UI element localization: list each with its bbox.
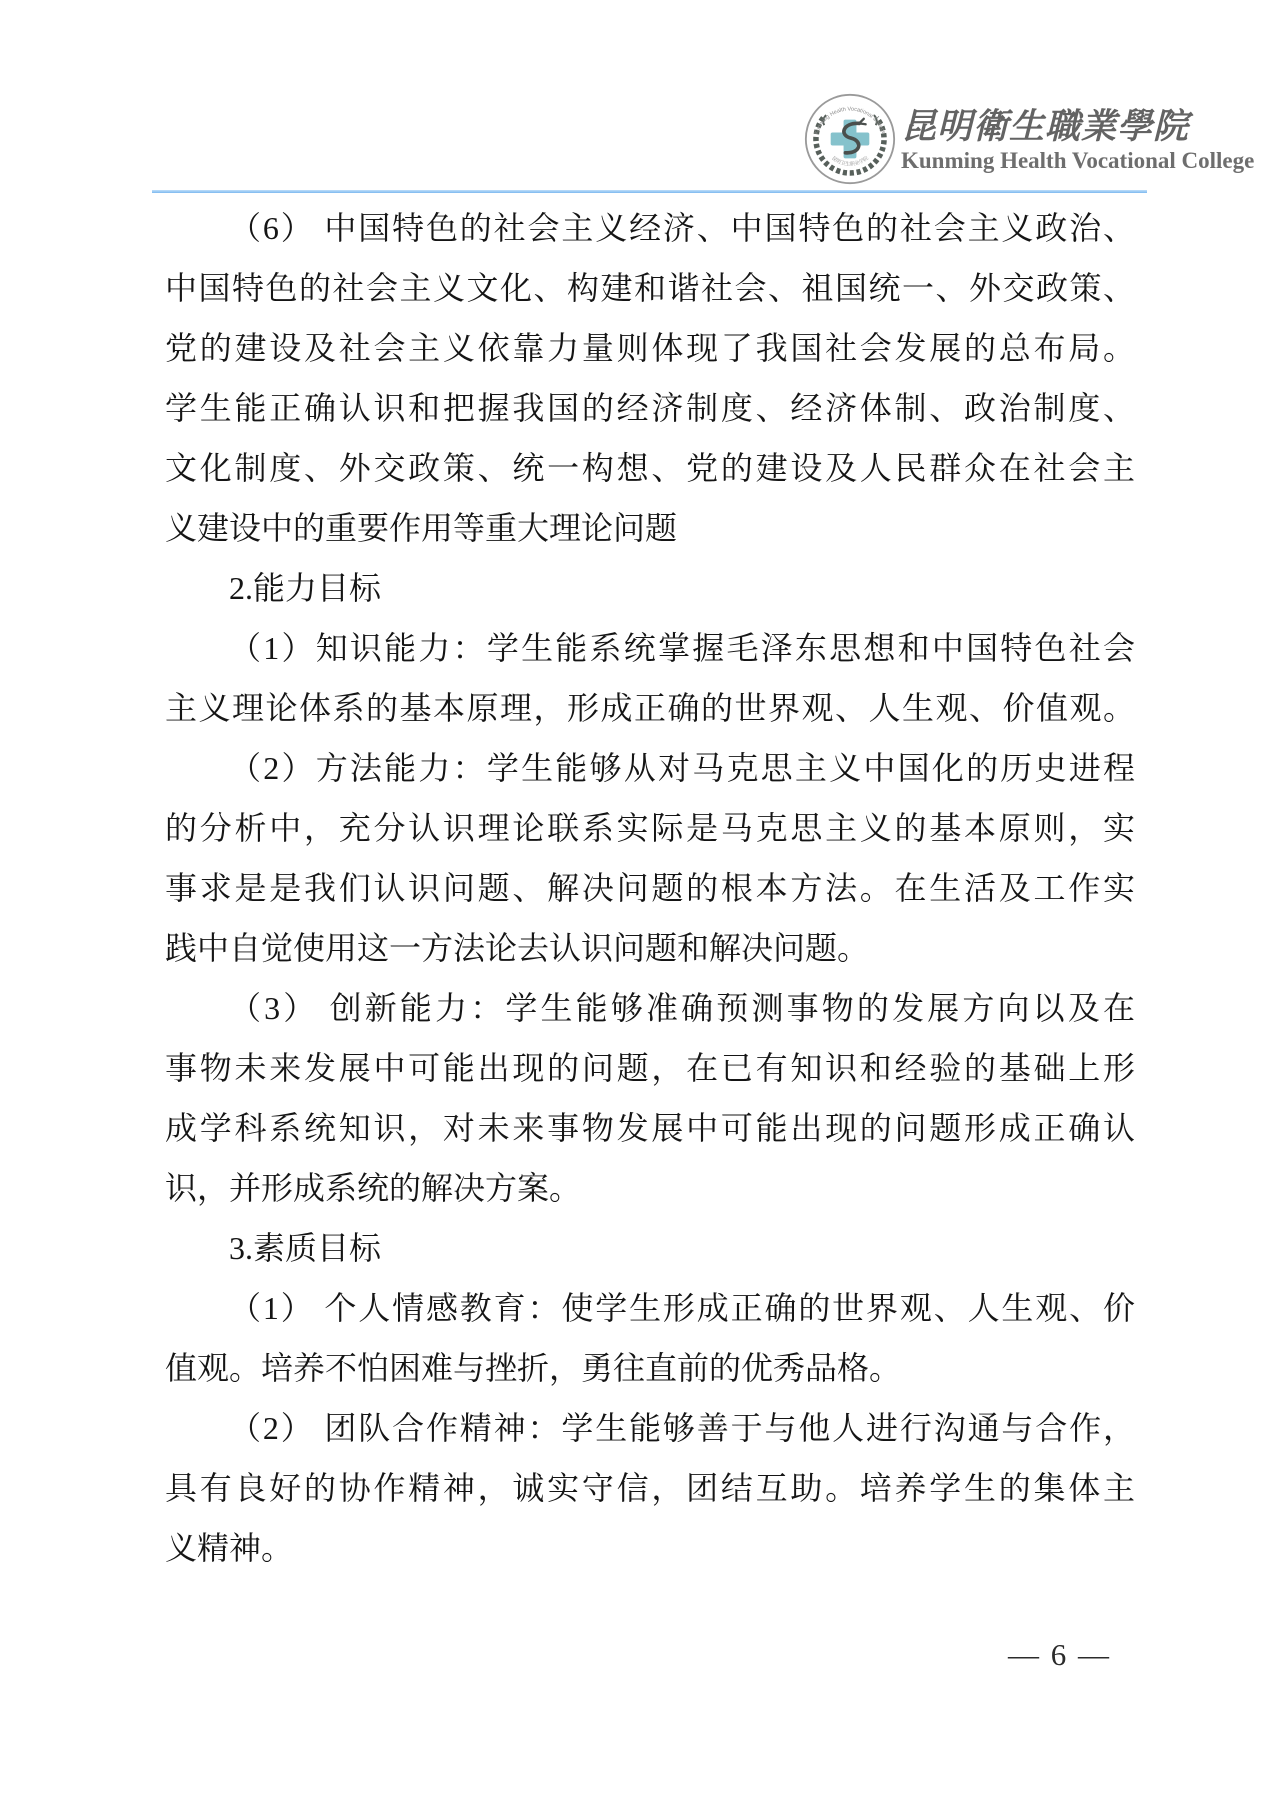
text-line: （2）方法能力：学生能够从对马克思主义中国化的历史进程 [165, 738, 1135, 798]
text-line: 具有良好的协作精神，诚实守信，团结互助。培养学生的集体主 [165, 1458, 1135, 1518]
section-heading-ability-goals: 2.能力目标 [165, 558, 1135, 618]
text-line: 学生能正确认识和把握我国的经济制度、经济体制、政治制度、 [165, 378, 1135, 438]
text-line: 文化制度、外交政策、统一构想、党的建设及人民群众在社会主 [165, 438, 1135, 498]
text-line: （6） 中国特色的社会主义经济、中国特色的社会主义政治、 [165, 198, 1135, 258]
section-heading-quality-goals: 3.素质目标 [165, 1218, 1135, 1278]
text-line: 事物未来发展中可能出现的问题，在已有知识和经验的基础上形 [165, 1038, 1135, 1098]
text-line: 义建设中的重要作用等重大理论问题 [165, 498, 1135, 558]
text-line: 党的建设及社会主义依靠力量则体现了我国社会发展的总布局。 [165, 318, 1135, 378]
college-name-english: Kunming Health Vocational College [901, 148, 1254, 174]
text-line: 识，并形成系统的解决方案。 [165, 1158, 1135, 1218]
text-line: 践中自觉使用这一方法论去认识问题和解决问题。 [165, 918, 1135, 978]
college-seal-logo: Kunming Health Vocational College 昆明卫生职业… [804, 93, 896, 185]
document-page: Kunming Health Vocational College 昆明卫生职业… [0, 0, 1274, 1801]
text-line: 主义理论体系的基本原理，形成正确的世界观、人生观、价值观。 [165, 678, 1135, 738]
document-body: （6） 中国特色的社会主义经济、中国特色的社会主义政治、 中国特色的社会主义文化… [165, 198, 1135, 1578]
header-divider [152, 190, 1147, 193]
text-line: （2） 团队合作精神：学生能够善于与他人进行沟通与合作， [165, 1398, 1135, 1458]
text-line: （1） 个人情感教育：使学生形成正确的世界观、人生观、价 [165, 1278, 1135, 1338]
text-line: （1）知识能力：学生能系统掌握毛泽东思想和中国特色社会 [165, 618, 1135, 678]
text-line: （3） 创新能力：学生能够准确预测事物的发展方向以及在 [165, 978, 1135, 1038]
text-line: 值观。培养不怕困难与挫折，勇往直前的优秀品格。 [165, 1338, 1135, 1398]
text-line: 成学科系统知识，对未来事物发展中可能出现的问题形成正确认 [165, 1098, 1135, 1158]
text-line: 的分析中，充分认识理论联系实际是马克思主义的基本原则，实 [165, 798, 1135, 858]
page-number: — 6 — [1008, 1637, 1111, 1673]
text-line: 义精神。 [165, 1518, 1135, 1578]
college-name-chinese: 昆明衛生職業學院 [901, 99, 1186, 149]
text-line: 事求是是我们认识问题、解决问题的根本方法。在生活及工作实 [165, 858, 1135, 918]
text-line: 中国特色的社会主义文化、构建和谐社会、祖国统一、外交政策、 [165, 258, 1135, 318]
